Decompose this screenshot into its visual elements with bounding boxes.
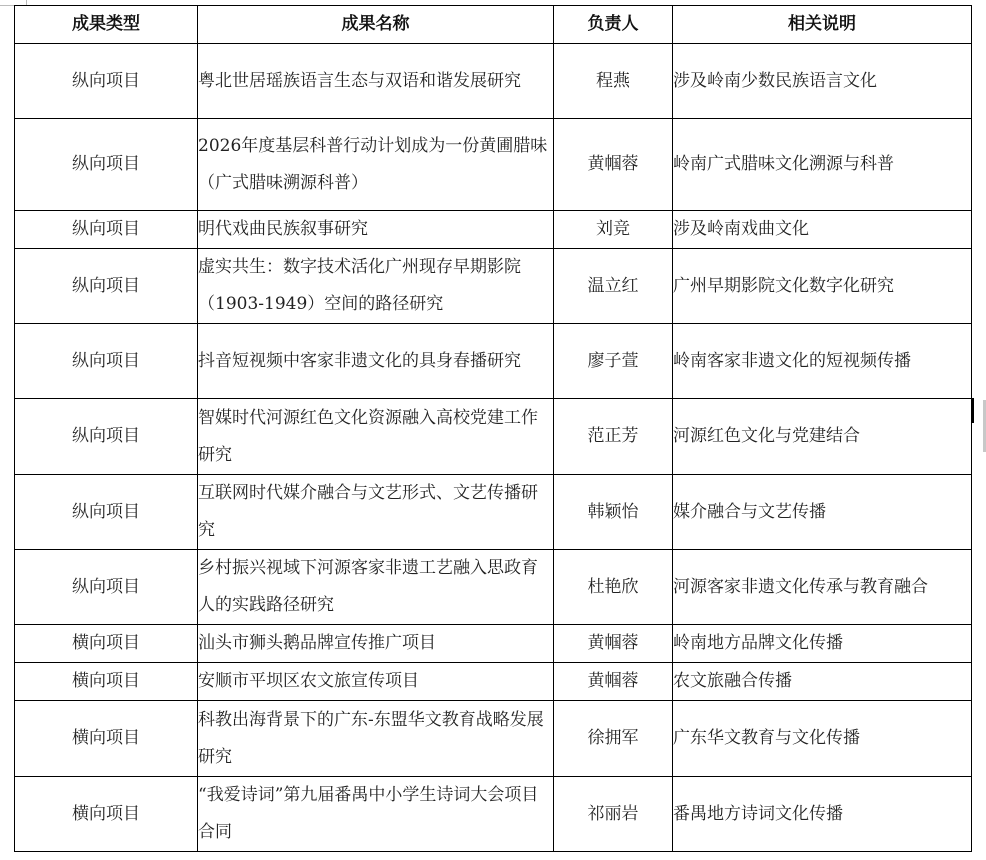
cell-title: 抖音短视频中客家非遗文化的具身春播研究 bbox=[198, 324, 554, 399]
cell-owner: 黄帼蓉 bbox=[554, 663, 673, 701]
cell-note: 广州早期影院文化数字化研究 bbox=[673, 249, 972, 324]
results-table: 成果类型 成果名称 负责人 相关说明 纵向项目 粤北世居瑶族语言生态与双语和谐发… bbox=[14, 5, 972, 852]
cell-type: 纵向项目 bbox=[15, 550, 198, 625]
cell-owner: 祁丽岩 bbox=[554, 777, 673, 852]
table-row: 纵向项目 乡村振兴视域下河源客家非遗工艺融入思政育人的实践路径研究 杜艳欣 河源… bbox=[15, 550, 972, 625]
cell-type: 横向项目 bbox=[15, 701, 198, 777]
cell-note: 番禺地方诗词文化传播 bbox=[673, 777, 972, 852]
cell-type: 纵向项目 bbox=[15, 119, 198, 211]
cell-type: 横向项目 bbox=[15, 625, 198, 663]
cell-owner: 黄帼蓉 bbox=[554, 119, 673, 211]
cell-note: 岭南地方品牌文化传播 bbox=[673, 625, 972, 663]
cell-owner: 温立红 bbox=[554, 249, 673, 324]
cell-type: 纵向项目 bbox=[15, 475, 198, 550]
cell-title: 虚实共生：数字技术活化广州现存早期影院（1903-1949）空间的路径研究 bbox=[198, 249, 554, 324]
table-row: 纵向项目 明代戏曲民族叙事研究 刘竞 涉及岭南戏曲文化 bbox=[15, 211, 972, 249]
cell-note: 农文旅融合传播 bbox=[673, 663, 972, 701]
table-row: 横向项目 “我爱诗词”第九届番禺中小学生诗词大会项目合同 祁丽岩 番禺地方诗词文… bbox=[15, 777, 972, 852]
text-cursor-marker bbox=[972, 398, 974, 423]
cell-owner: 程燕 bbox=[554, 44, 673, 119]
cell-title: 粤北世居瑶族语言生态与双语和谐发展研究 bbox=[198, 44, 554, 119]
table-row: 纵向项目 虚实共生：数字技术活化广州现存早期影院（1903-1949）空间的路径… bbox=[15, 249, 972, 324]
table-row: 纵向项目 互联网时代媒介融合与文艺形式、文艺传播研究 韩颖怡 媒介融合与文艺传播 bbox=[15, 475, 972, 550]
cell-type: 纵向项目 bbox=[15, 399, 198, 475]
cell-note: 河源客家非遗文化传承与教育融合 bbox=[673, 550, 972, 625]
cell-title: 汕头市狮头鹅品牌宣传推广项目 bbox=[198, 625, 554, 663]
header-row: 成果类型 成果名称 负责人 相关说明 bbox=[15, 6, 972, 44]
table-row: 横向项目 汕头市狮头鹅品牌宣传推广项目 黄帼蓉 岭南地方品牌文化传播 bbox=[15, 625, 972, 663]
cell-note: 河源红色文化与党建结合 bbox=[673, 399, 972, 475]
cell-type: 纵向项目 bbox=[15, 324, 198, 399]
cell-type: 纵向项目 bbox=[15, 249, 198, 324]
cell-owner: 黄帼蓉 bbox=[554, 625, 673, 663]
cell-type: 横向项目 bbox=[15, 663, 198, 701]
cell-type: 纵向项目 bbox=[15, 44, 198, 119]
cell-note: 岭南广式腊味文化溯源与科普 bbox=[673, 119, 972, 211]
cell-type: 纵向项目 bbox=[15, 211, 198, 249]
cell-note: 广东华文教育与文化传播 bbox=[673, 701, 972, 777]
cell-owner: 范正芳 bbox=[554, 399, 673, 475]
table-row: 横向项目 安顺市平坝区农文旅宣传项目 黄帼蓉 农文旅融合传播 bbox=[15, 663, 972, 701]
cell-owner: 廖子萱 bbox=[554, 324, 673, 399]
table-row: 纵向项目 抖音短视频中客家非遗文化的具身春播研究 廖子萱 岭南客家非遗文化的短视… bbox=[15, 324, 972, 399]
cell-note: 涉及岭南戏曲文化 bbox=[673, 211, 972, 249]
cell-title: 安顺市平坝区农文旅宣传项目 bbox=[198, 663, 554, 701]
cell-note: 涉及岭南少数民族语言文化 bbox=[673, 44, 972, 119]
header-title: 成果名称 bbox=[198, 6, 554, 44]
header-note: 相关说明 bbox=[673, 6, 972, 44]
cell-note: 岭南客家非遗文化的短视频传播 bbox=[673, 324, 972, 399]
cell-title: 2026年度基层科普行动计划成为一份黄圃腊味（广式腊味溯源科普） bbox=[198, 119, 554, 211]
cell-title: 智媒时代河源红色文化资源融入高校党建工作研究 bbox=[198, 399, 554, 475]
cell-type: 横向项目 bbox=[15, 777, 198, 852]
cell-title: 乡村振兴视域下河源客家非遗工艺融入思政育人的实践路径研究 bbox=[198, 550, 554, 625]
cell-title: “我爱诗词”第九届番禺中小学生诗词大会项目合同 bbox=[198, 777, 554, 852]
cell-owner: 徐拥军 bbox=[554, 701, 673, 777]
header-owner: 负责人 bbox=[554, 6, 673, 44]
cell-title: 科教出海背景下的广东-东盟华文教育战略发展研究 bbox=[198, 701, 554, 777]
cell-note: 媒介融合与文艺传播 bbox=[673, 475, 972, 550]
cell-title: 明代戏曲民族叙事研究 bbox=[198, 211, 554, 249]
header-type: 成果类型 bbox=[15, 6, 198, 44]
table-row: 纵向项目 粤北世居瑶族语言生态与双语和谐发展研究 程燕 涉及岭南少数民族语言文化 bbox=[15, 44, 972, 119]
cell-title: 互联网时代媒介融合与文艺形式、文艺传播研究 bbox=[198, 475, 554, 550]
table-row: 纵向项目 智媒时代河源红色文化资源融入高校党建工作研究 范正芳 河源红色文化与党… bbox=[15, 399, 972, 475]
cell-owner: 刘竞 bbox=[554, 211, 673, 249]
cell-owner: 韩颖怡 bbox=[554, 475, 673, 550]
table-row: 横向项目 科教出海背景下的广东-东盟华文教育战略发展研究 徐拥军 广东华文教育与… bbox=[15, 701, 972, 777]
cell-owner: 杜艳欣 bbox=[554, 550, 673, 625]
table-row: 纵向项目 2026年度基层科普行动计划成为一份黄圃腊味（广式腊味溯源科普） 黄帼… bbox=[15, 119, 972, 211]
